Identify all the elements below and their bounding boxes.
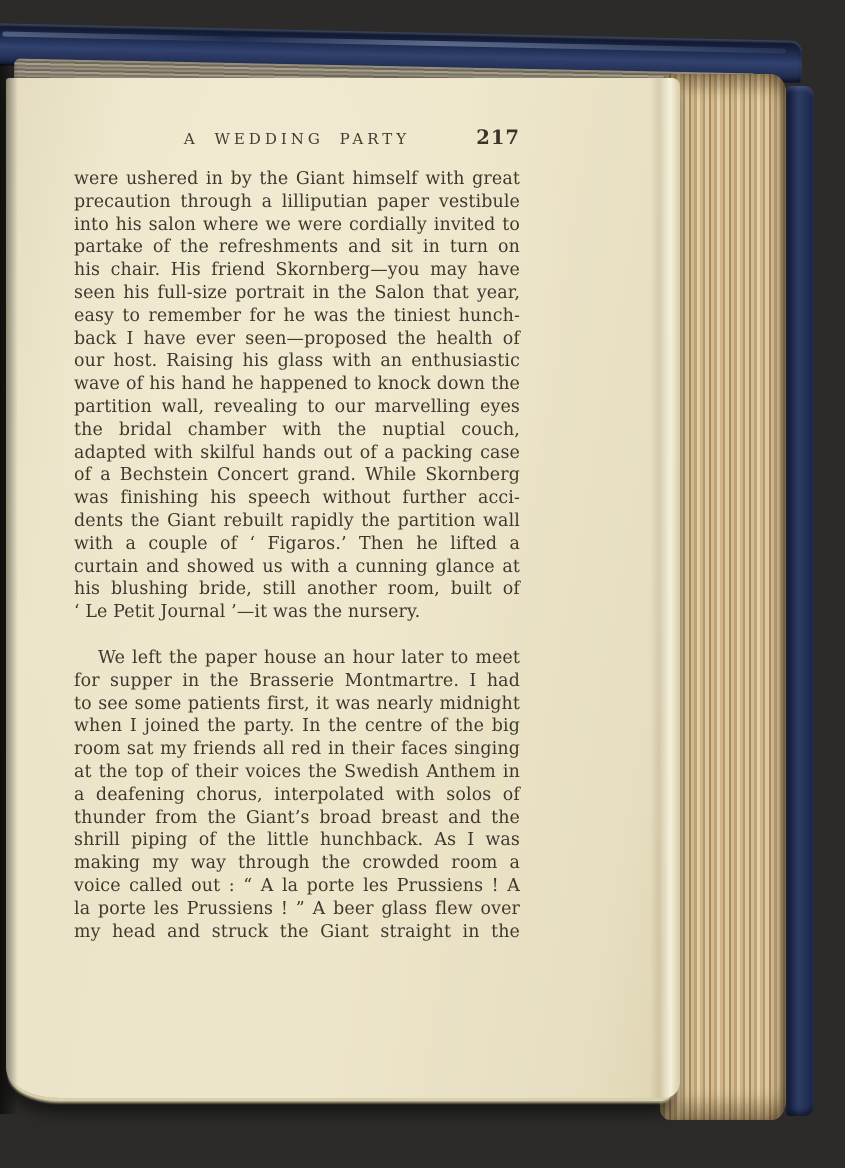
text-line: ‘ Le Petit Journal ’—it was the nursery. (74, 601, 520, 624)
page-right-curl (650, 78, 680, 1098)
page-number: 217 (476, 126, 520, 149)
text-line: of a Bechstein Concert grand. While Skor… (74, 464, 520, 487)
text-line: my head and struck the Giant straight in… (74, 921, 520, 944)
text-line: seen his full-size portrait in the Salon… (74, 282, 520, 305)
text-line: la porte les Prussiens ! ” A beer glass … (74, 898, 520, 921)
text-line: when I joined the party. In the centre o… (74, 715, 520, 738)
text-line: a deafening chorus, interpolated with so… (74, 784, 520, 807)
text-line: voice called out : “ A la porte les Prus… (74, 875, 520, 898)
page-content: A WEDDING PARTY 217 were ushered in by t… (74, 130, 520, 943)
book-scan: A WEDDING PARTY 217 were ushered in by t… (0, 0, 845, 1168)
running-header-title: A WEDDING PARTY (74, 130, 520, 148)
text-line: the bridal chamber with the nuptial couc… (74, 419, 520, 442)
text-line: wave of his hand he happened to knock do… (74, 373, 520, 396)
text-line: curtain and showed us with a cunning gla… (74, 556, 520, 579)
text-line: were ushered in by the Giant himself wit… (74, 168, 520, 191)
text-line: adapted with skilful hands out of a pack… (74, 442, 520, 465)
gutter-shadow (0, 64, 18, 1114)
text-line: was finishing his speech without further… (74, 487, 520, 510)
text-line: our host. Raising his glass with an enth… (74, 350, 520, 373)
text-line: shrill piping of the little hunchback. A… (74, 829, 520, 852)
text-line: precaution through a lilliputian paper v… (74, 191, 520, 214)
text-line: dents the Giant rebuilt rapidly the part… (74, 510, 520, 533)
paragraph: were ushered in by the Giant himself wit… (74, 168, 520, 624)
text-line: into his salon where we were cordially i… (74, 214, 520, 237)
text-line: at the top of their voices the Swedish A… (74, 761, 520, 784)
book-page: A WEDDING PARTY 217 were ushered in by t… (6, 78, 676, 1098)
running-head: A WEDDING PARTY 217 (74, 130, 520, 152)
text-line: making my way through the crowded room a (74, 852, 520, 875)
text-line: partake of the refreshments and sit in t… (74, 236, 520, 259)
paragraph: We left the paper house an hour later to… (74, 647, 520, 943)
text-line: his chair. His friend Skornberg—you may … (74, 259, 520, 282)
body-text: were ushered in by the Giant himself wit… (74, 168, 520, 943)
text-line: his blushing bride, still another room, … (74, 578, 520, 601)
text-line: for supper in the Brasserie Montmartre. … (74, 670, 520, 693)
text-line: to see some patients first, it was nearl… (74, 693, 520, 716)
text-line: We left the paper house an hour later to… (74, 647, 520, 670)
text-line: partition wall, revealing to our marvell… (74, 396, 520, 419)
text-line: back I have ever seen—proposed the healt… (74, 328, 520, 351)
text-line: easy to remember for he was the tiniest … (74, 305, 520, 328)
text-line: with a couple of ‘ Figaros.’ Then he lif… (74, 533, 520, 556)
book-cover-right-edge (786, 86, 814, 1116)
text-line: thunder from the Giant’s broad breast an… (74, 807, 520, 830)
text-line: room sat my friends all red in their fac… (74, 738, 520, 761)
